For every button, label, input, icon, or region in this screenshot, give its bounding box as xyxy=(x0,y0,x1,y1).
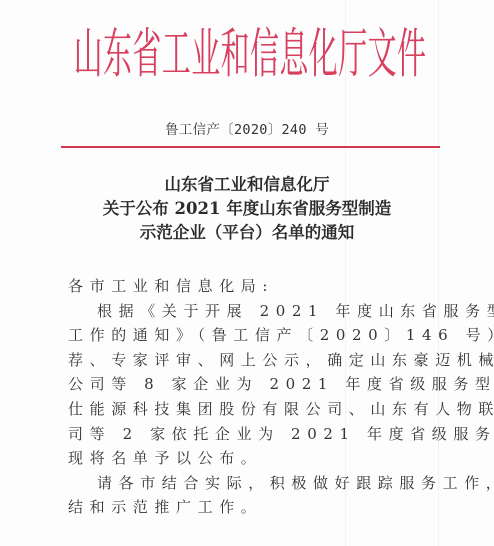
paragraph-line: 请各市结合实际，积极做好跟踪服务工作，抓好经验总 xyxy=(68,471,428,496)
paragraph-line: 根据《关于开展 2021 年度山东省服务型制造示范遴选 xyxy=(68,299,428,324)
paragraph-line: 工作的通知》（鲁工信产〔2020〕146 号）要求，经各市推 xyxy=(68,323,428,348)
document-page: 山东省工业和信息化厅文件 鲁工信产〔2020〕240 号 山东省工业和信息化厅 … xyxy=(0,0,494,546)
document-number: 鲁工信产〔2020〕240 号 xyxy=(0,118,494,138)
paragraph-2: 请各市结合实际，积极做好跟踪服务工作，抓好经验总 结和示范推广工作。 xyxy=(68,471,428,520)
paragraph-line: 仕能源科技集团股份有限公司、山东有人物联网股份有限公 xyxy=(68,397,428,422)
title-line: 关于公布 2021 年度山东省服务型制造 xyxy=(0,197,494,221)
paragraph-line: 公司等 8 家企业为 2021 年度省级服务型制造示范企业，德 xyxy=(68,372,428,397)
paragraph-line: 司等 2 家依托企业为 2021 年度省级服务型制造示范平台， xyxy=(68,422,428,447)
title-line: 示范企业（平台）名单的通知 xyxy=(0,221,494,245)
paragraph-line: 荐、专家评审、网上公示，确定山东豪迈机械科技股份有限 xyxy=(68,348,428,373)
red-divider-rule xyxy=(61,146,440,148)
document-title: 山东省工业和信息化厅 关于公布 2021 年度山东省服务型制造 示范企业（平台）… xyxy=(0,173,494,245)
masthead: 山东省工业和信息化厅文件 xyxy=(60,17,440,83)
paragraph-line: 现将名单予以公布。 xyxy=(68,446,428,471)
document-body: 各市工业和信息化局: 根据《关于开展 2021 年度山东省服务型制造示范遴选 工… xyxy=(68,274,428,520)
paragraph-line: 结和示范推广工作。 xyxy=(68,495,428,520)
salutation: 各市工业和信息化局: xyxy=(68,274,428,299)
paragraph-1: 根据《关于开展 2021 年度山东省服务型制造示范遴选 工作的通知》（鲁工信产〔… xyxy=(68,299,428,471)
masthead-title: 山东省工业和信息化厅文件 xyxy=(74,12,427,88)
title-line: 山东省工业和信息化厅 xyxy=(0,173,494,197)
